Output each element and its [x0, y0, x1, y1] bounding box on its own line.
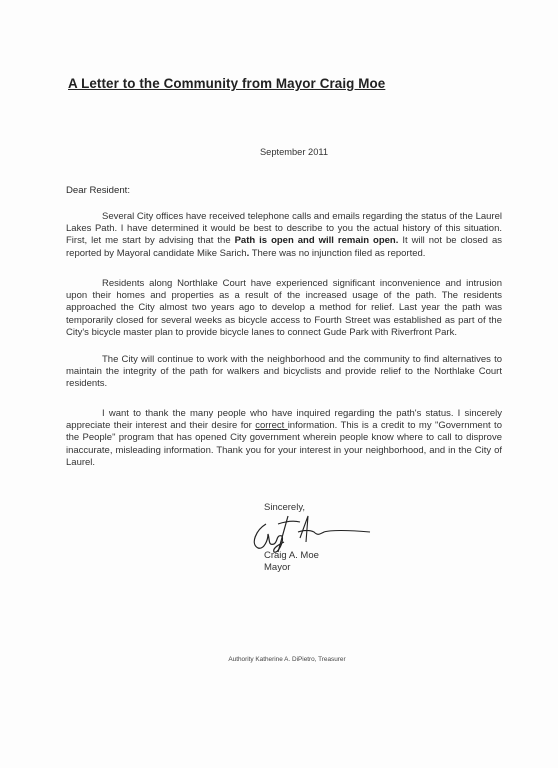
signature-block: Craig A. Moe Mayor: [264, 550, 319, 574]
authority-footer: Authority Katherine A. DiPietro, Treasur…: [0, 656, 558, 663]
letter-page: A Letter to the Community from Mayor Cra…: [0, 0, 558, 768]
p2-text: Residents along Northlake Court have exp…: [66, 278, 502, 338]
p3-text: The City will continue to work with the …: [66, 354, 502, 389]
salutation: Dear Resident:: [66, 185, 130, 196]
p1-text-3: There was no injunction filed as reporte…: [249, 248, 425, 259]
paragraph-history: Residents along Northlake Court have exp…: [66, 278, 502, 339]
p4-underlined-word: correct: [255, 420, 287, 431]
letter-title: A Letter to the Community from Mayor Cra…: [68, 76, 385, 91]
paragraph-future: The City will continue to work with the …: [66, 354, 502, 391]
paragraph-path-status: Several City offices have received telep…: [66, 211, 502, 260]
signer-title: Mayor: [264, 562, 319, 574]
letter-date: September 2011: [0, 147, 558, 157]
signer-name: Craig A. Moe: [264, 550, 319, 562]
paragraph-thanks: I want to thank the many people who have…: [66, 408, 502, 469]
p1-bold-statement: Path is open and will remain open.: [235, 235, 399, 246]
